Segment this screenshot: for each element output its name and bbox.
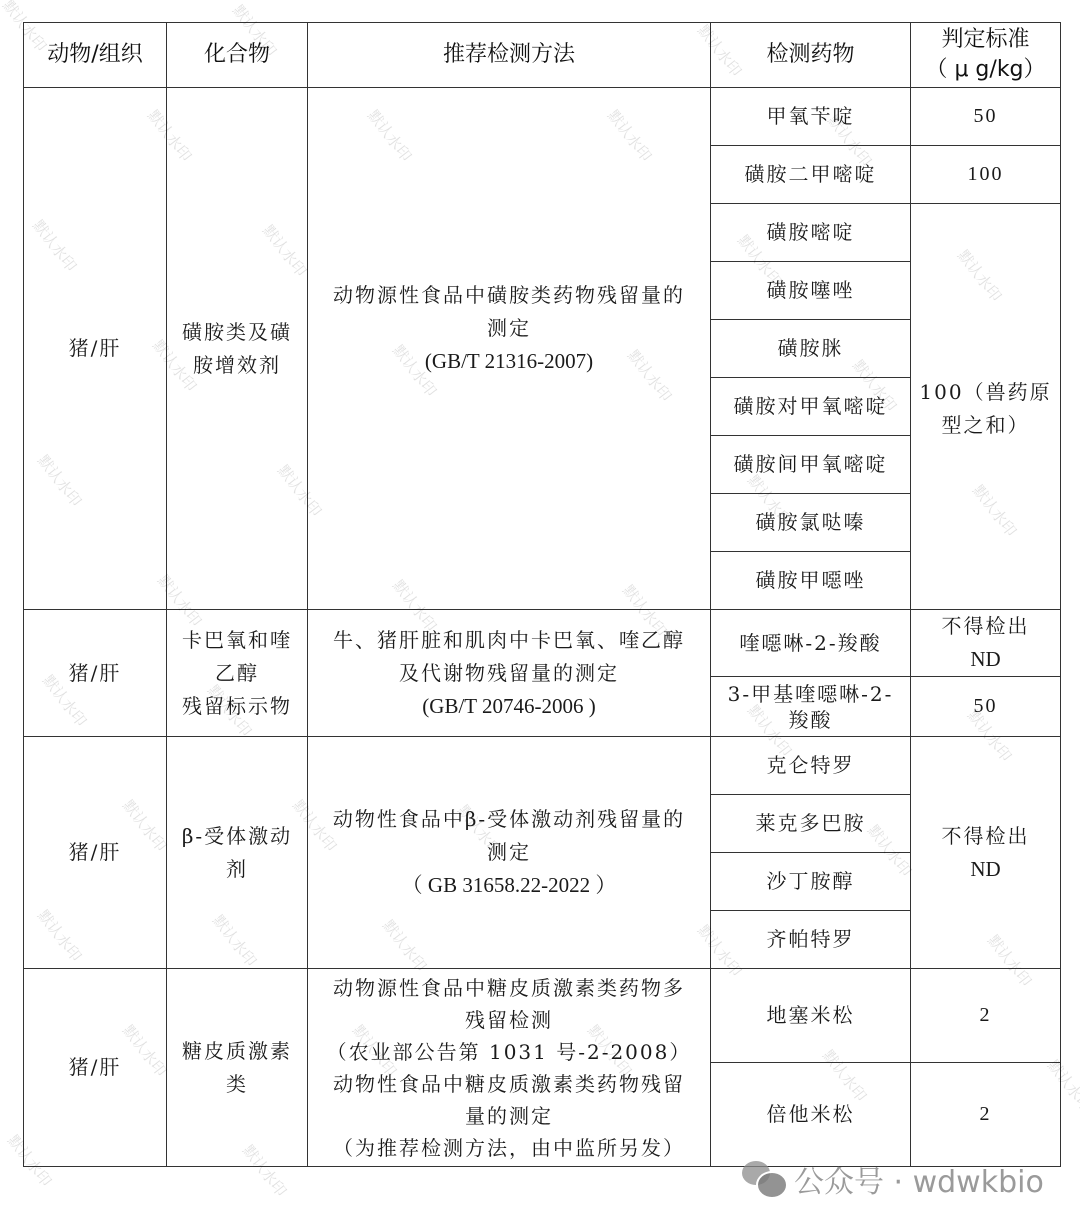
header-method: 推荐检测方法 [308, 23, 711, 88]
standard-cell: 不得检出ND [911, 610, 1061, 677]
drug-cell: 磺胺甲噁唑 [711, 552, 911, 610]
animal-cell: 猪/肝 [24, 969, 167, 1167]
wechat-account-label: 公众号 · wdwkbio [794, 1157, 1044, 1201]
drug-cell: 磺胺嘧啶 [711, 204, 911, 262]
method-cell: 动物性食品中β-受体激动剂残留量的测定（ GB 31658.22-2022 ） [308, 737, 711, 969]
standard-cell: 100 [911, 146, 1061, 204]
standard-cell: 2 [911, 969, 1061, 1063]
header-standard: 判定标准 （ μ g/kg） [911, 23, 1061, 88]
method-cell: 动物源性食品中磺胺类药物残留量的测定(GB/T 21316-2007) [308, 88, 711, 610]
animal-cell: 猪/肝 [24, 737, 167, 969]
drug-cell: 克仑特罗 [711, 737, 911, 795]
drug-cell: 齐帕特罗 [711, 911, 911, 969]
drug-cell: 喹噁啉-2-羧酸 [711, 610, 911, 677]
drug-residue-table: 动物/组织 化合物 推荐检测方法 检测药物 判定标准 （ μ g/kg） 猪/肝… [23, 22, 1061, 1167]
animal-cell: 猪/肝 [24, 88, 167, 610]
standard-cell: 2 [911, 1063, 1061, 1167]
drug-cell: 地塞米松 [711, 969, 911, 1063]
drug-cell: 磺胺噻唑 [711, 262, 911, 320]
drug-cell: 磺胺氯哒嗪 [711, 494, 911, 552]
standard-cell: 100（兽药原型之和） [911, 204, 1061, 610]
drug-cell: 磺胺二甲嘧啶 [711, 146, 911, 204]
drug-cell: 磺胺对甲氧嘧啶 [711, 378, 911, 436]
header-compound: 化合物 [167, 23, 308, 88]
standard-cell: 不得检出ND [911, 737, 1061, 969]
compound-cell: 磺胺类及磺胺增效剂 [167, 88, 308, 610]
standard-cell: 50 [911, 88, 1061, 146]
method-cell: 动物源性食品中糖皮质激素类药物多残留检测（农业部公告第 1031 号-2-200… [308, 969, 711, 1167]
compound-cell: 卡巴氧和喹乙醇残留标示物 [167, 610, 308, 737]
animal-cell: 猪/肝 [24, 610, 167, 737]
wechat-official-account-watermark: 公众号 · wdwkbio [742, 1157, 1044, 1201]
wechat-icon [742, 1161, 786, 1197]
table-row: 猪/肝 卡巴氧和喹乙醇残留标示物 牛、猪肝脏和肌肉中卡巴氧、喹乙醇及代谢物残留量… [24, 610, 1061, 677]
standard-cell: 50 [911, 677, 1061, 737]
header-animal-tissue: 动物/组织 [24, 23, 167, 88]
drug-cell: 沙丁胺醇 [711, 853, 911, 911]
drug-cell: 莱克多巴胺 [711, 795, 911, 853]
method-cell: 牛、猪肝脏和肌肉中卡巴氧、喹乙醇及代谢物残留量的测定(GB/T 20746-20… [308, 610, 711, 737]
table-row: 猪/肝 糖皮质激素类 动物源性食品中糖皮质激素类药物多残留检测（农业部公告第 1… [24, 969, 1061, 1063]
table-row: 猪/肝 磺胺类及磺胺增效剂 动物源性食品中磺胺类药物残留量的测定(GB/T 21… [24, 88, 1061, 146]
drug-cell: 倍他米松 [711, 1063, 911, 1167]
header-row: 动物/组织 化合物 推荐检测方法 检测药物 判定标准 （ μ g/kg） [24, 23, 1061, 88]
drug-cell: 磺胺脒 [711, 320, 911, 378]
compound-cell: β-受体激动剂 [167, 737, 308, 969]
header-drug: 检测药物 [711, 23, 911, 88]
table-row: 猪/肝 β-受体激动剂 动物性食品中β-受体激动剂残留量的测定（ GB 3165… [24, 737, 1061, 795]
compound-cell: 糖皮质激素类 [167, 969, 308, 1167]
drug-cell: 磺胺间甲氧嘧啶 [711, 436, 911, 494]
drug-cell: 甲氧苄啶 [711, 88, 911, 146]
drug-cell: 3-甲基喹噁啉-2-羧酸 [711, 677, 911, 737]
